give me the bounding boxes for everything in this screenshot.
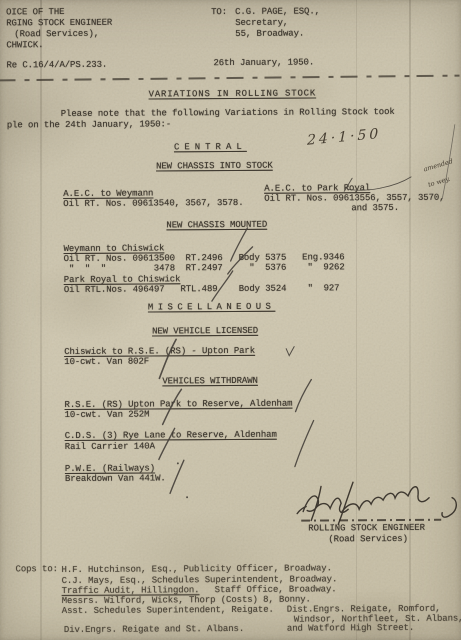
handwritten-date-note: 24·1·50 — [307, 126, 381, 149]
subheading-new-vehicle-licensed: NEW VEHICLE LICENSED — [152, 326, 258, 338]
section-heading-miscellaneous: MISCELLANEOUS — [148, 302, 275, 314]
entry-line-cds-rye-lane: Rail Carrier 140A — [65, 441, 155, 453]
document-page: OICE OF THE RGING STOCK ENGINEER (Road S… — [0, 0, 461, 640]
section-heading-central: CENTRAL — [174, 142, 247, 153]
entry-line-pwe-railways: Breakdown Van 441W. — [65, 473, 166, 485]
entry-line-chiswick-rse: 10-cwt. Van 802F — [64, 356, 149, 368]
signatory-role-line-2: (Road Services) — [328, 534, 408, 545]
copies-label: Cops to: — [15, 564, 57, 575]
header-divider-rule — [0, 75, 460, 82]
copies-line-5a: Asst. Schedules Superintendent, Reigate. — [62, 605, 274, 617]
intro-line-2: ple on the 24th January, 1950:- — [7, 119, 171, 131]
subheading-new-chassis-into-stock: NEW CHASSIS INTO STOCK — [156, 161, 273, 173]
signature-rule — [301, 519, 441, 521]
sender-line-1: OICE OF THE — [6, 7, 64, 18]
recipient-title: Secretary, — [235, 18, 288, 29]
signatory-role-line-1: ROLLING STOCK ENGINEER — [308, 523, 425, 535]
copies-line-7b: and Watford High Street. — [287, 623, 414, 635]
sender-line-2: RGING STOCK ENGINEER — [6, 18, 112, 30]
to-label: TO: — [211, 7, 227, 18]
reference-number: Re C.16/4/A/PS.233. — [6, 60, 107, 72]
table-row-park-royal: Oil RTL.Nos. 496497 RTL.489 Body 3524 " … — [64, 283, 340, 296]
entry-title-cds-rye-lane: C.D.S. (3) Rye Lane to Reserve, Aldenham — [65, 430, 277, 442]
document-title: VARIATIONS IN ROLLING STOCK — [149, 88, 317, 100]
sender-line-4: CHWICK. — [6, 40, 43, 51]
margin-note-line-2: to wey. — [427, 175, 451, 189]
sender-line-3: (Road Services), — [14, 29, 99, 41]
copies-line-7a: Div.Engrs. Reigate and St. Albans. — [64, 624, 244, 636]
margin-note-line-1: amended — [423, 157, 454, 173]
entry-line-rse-upton-park: 10-cwt. Van 252M — [65, 409, 150, 421]
table-row-weymann-2: " " " 3478 RT.2497 " 5376 " 9262 — [64, 262, 345, 275]
letter-date: 26th January, 1950. — [213, 57, 314, 69]
entry-line-aec-weymann: Oil RT. Nos. 09613540, 3567, 3578. — [63, 198, 243, 210]
intro-line-1: Please note that the following Variation… — [61, 107, 395, 120]
subheading-vehicles-withdrawn: VEHICLES WITHDRAWN — [162, 376, 257, 388]
recipient-address: 55, Broadway. — [235, 29, 304, 40]
recipient-name: C.G. PAGE, ESQ., — [235, 6, 320, 18]
entry-line2-aec-park-royal: and 3575. — [351, 203, 399, 214]
subheading-new-chassis-mounted: NEW CHASSIS MOUNTED — [166, 220, 267, 232]
